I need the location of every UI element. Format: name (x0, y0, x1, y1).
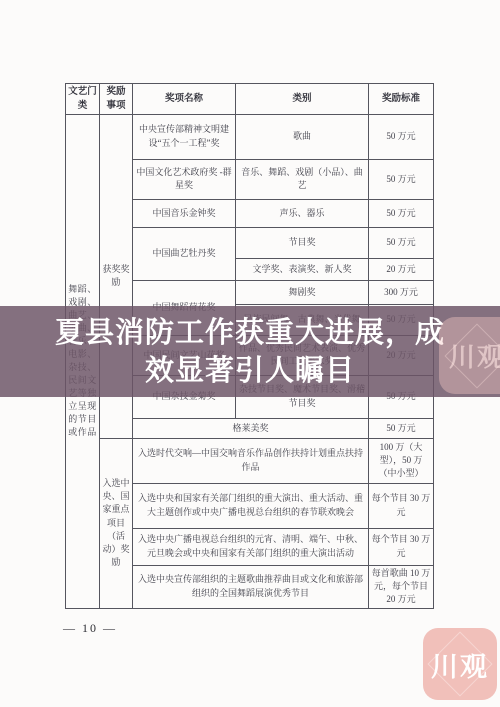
award-name-cell: 中国音乐金钟奖 (133, 199, 236, 227)
table-row: 入选中央、国家重点项目（活动）奖励 入选时代交响—中国交响音乐作品创作扶持计划重… (66, 438, 434, 483)
header-award-name: 奖项名称 (133, 84, 236, 115)
page-number: — 10 — (63, 621, 117, 636)
category-cell: 声乐、器乐 (236, 199, 369, 227)
standard-cell: 20 万元 (369, 258, 434, 280)
chuanguan-watermark-logo: 川观 (439, 317, 500, 394)
standard-cell: 50 万元 (369, 114, 434, 159)
header-reward-standard: 奖励标准 (369, 84, 434, 115)
award-name-cell: 中国曲艺牡丹奖 (133, 227, 236, 280)
standard-cell: 50 万元 (369, 199, 434, 227)
chuanguan-corner-logo: 川观 (423, 628, 497, 700)
headline-line-1: 夏县消防工作获重大进展，成 (55, 314, 445, 352)
standard-cell: 50 万元 (369, 418, 434, 438)
standard-cell: 每个节目 30 万元 (369, 528, 434, 565)
headline-line-2: 效显著引人瞩目 (145, 352, 355, 390)
standard-cell: 每首歌曲 10 万元，每个节目 20 万元 (369, 565, 434, 608)
table-row: 舞蹈、戏剧、曲艺、歌曲、音乐、电影、杂技、民间文艺等独立呈现的节目或作品 获奖奖… (66, 114, 434, 159)
award-name-cell: 入选中央广播电视总台组织的元宵、清明、端午、中秋、元旦晚会或中央和国家有关部门组… (133, 528, 369, 565)
award-name-cell: 入选中央宣传部组织的主题歌曲推荐曲目或文化和旅游部组织的全国舞蹈展演优秀节目 (133, 565, 369, 608)
standard-cell: 300 万元 (369, 280, 434, 304)
award-name-cell: 中国文化艺术政府奖 -群星奖 (133, 159, 236, 199)
standard-cell: 100 万（大型），50 万（中小型） (369, 438, 434, 483)
award-name-cell: 中央宣传部精神文明建设“五个一工程”奖 (133, 114, 236, 159)
standard-cell: 50 万元 (369, 159, 434, 199)
standard-cell: 每个节目 30 万元 (369, 483, 434, 528)
category-cell: 节目奖 (236, 227, 369, 258)
award-name-cell: 格莱美奖 (133, 418, 369, 438)
category-cell: 舞剧奖 (236, 280, 369, 304)
header-reward-item: 奖励事项 (100, 84, 133, 115)
header-art-category: 文艺门类 (66, 84, 100, 115)
award-name-cell: 入选时代交响—中国交响音乐作品创作扶持计划重点扶持作品 (133, 438, 369, 483)
news-headline-banner: 夏县消防工作获重大进展，成 效显著引人瞩目 (0, 306, 500, 397)
category-cell: 文学奖、表演奖、新人奖 (236, 258, 369, 280)
table-header-row: 文艺门类 奖励事项 奖项名称 类别 奖励标准 (66, 84, 434, 115)
chuanguan-logo-text: 川观 (431, 645, 489, 684)
chuanguan-watermark-text: 川观 (449, 337, 500, 374)
section2-label-cell: 入选中央、国家重点项目（活动）奖励 (100, 438, 133, 608)
header-category: 类别 (236, 84, 369, 115)
category-cell: 歌曲 (236, 114, 369, 159)
award-name-cell: 入选中央和国家有关部门组织的重大演出、重大活动、重大主题创作或中央广播电视总台组… (133, 483, 369, 528)
document-page: 文艺门类 奖励事项 奖项名称 类别 奖励标准 舞蹈、戏剧、曲艺、歌曲、音乐、电影… (0, 0, 500, 707)
category-cell: 音乐、舞蹈、戏剧（小品）、曲艺 (236, 159, 369, 199)
standard-cell: 50 万元 (369, 227, 434, 258)
